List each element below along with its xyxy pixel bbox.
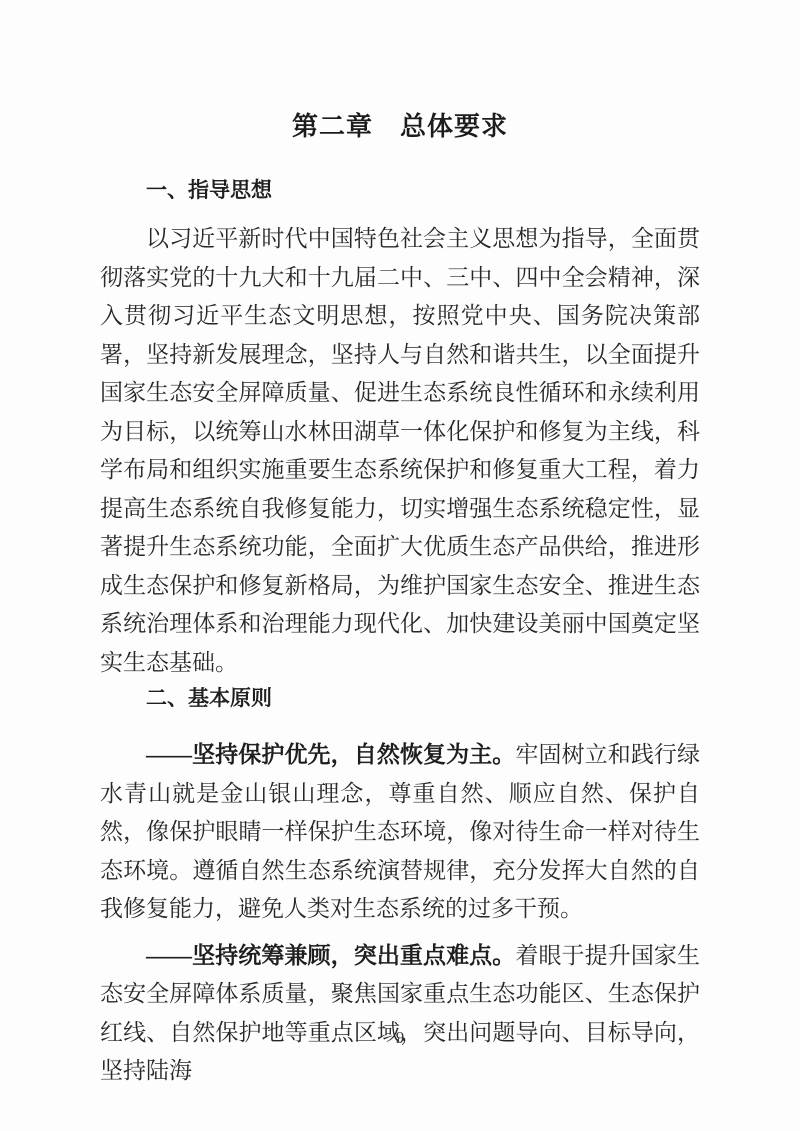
section-heading-guiding-ideology: 一、指导思想: [100, 178, 700, 204]
paragraph-guiding-ideology: 以习近平新时代中国特色社会主义思想为指导，全面贯彻落实党的十九大和十九届二中、三…: [100, 220, 700, 682]
chapter-title: 第二章 总体要求: [100, 112, 700, 142]
bullet-lead-protection-first: ——坚持保护优先，自然恢复为主。: [146, 742, 515, 767]
page-number: 9: [0, 1028, 800, 1048]
bullet-lead-overall-planning: ——坚持统筹兼顾，突出重点难点。: [146, 943, 515, 968]
page-content: 第二章 总体要求 一、指导思想 以习近平新时代中国特色社会主义思想为指导，全面贯…: [0, 0, 800, 1091]
document-page: 第二章 总体要求 一、指导思想 以习近平新时代中国特色社会主义思想为指导，全面贯…: [0, 0, 800, 1131]
bullet-principle-protection-first: ——坚持保护优先，自然恢复为主。牢固树立和践行绿水青山就是金山银山理念，尊重自然…: [100, 736, 700, 929]
bullet-body-protection-first: 牢固树立和践行绿水青山就是金山银山理念，尊重自然、顺应自然、保护自然，像保护眼睛…: [100, 742, 700, 921]
section-heading-basic-principles: 二、基本原则: [100, 686, 700, 712]
bullet-principle-overall-planning: ——坚持统筹兼顾，突出重点难点。着眼于提升国家生态安全屏障体系质量，聚焦国家重点…: [100, 937, 700, 1091]
